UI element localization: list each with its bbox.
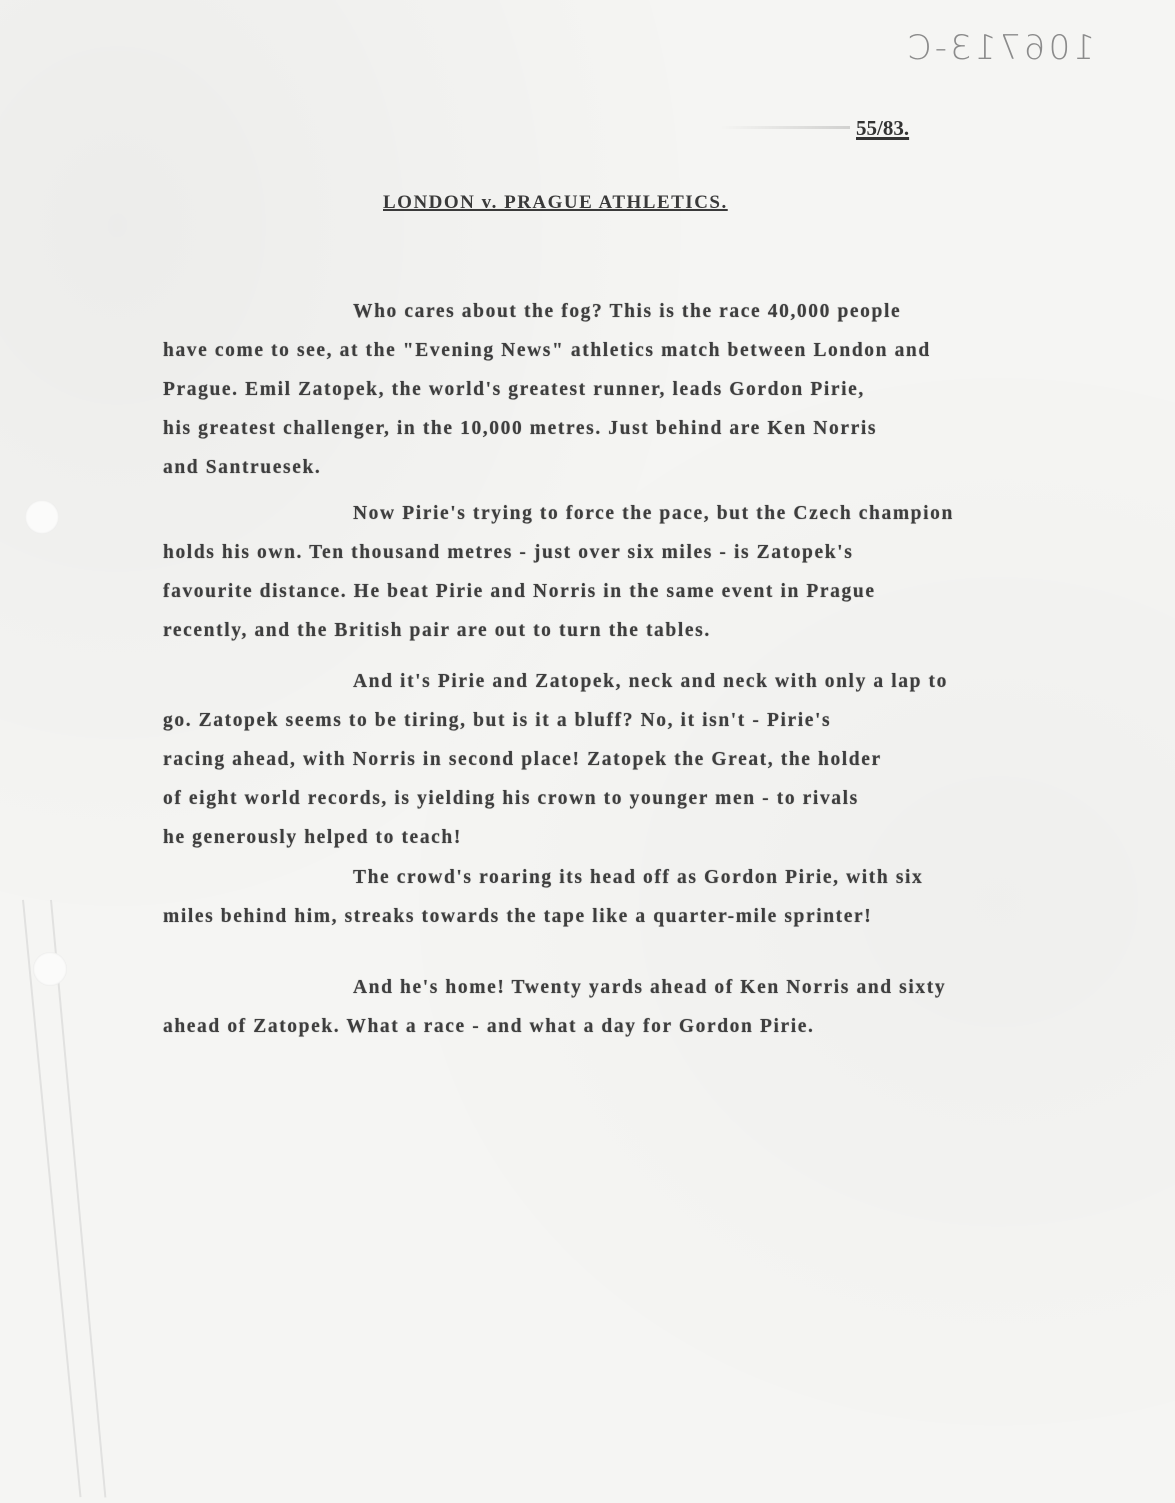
text-line: Now Pirie's trying to force the pace, bu… bbox=[163, 494, 1113, 533]
faint-rule bbox=[720, 126, 850, 129]
text-line: he generously helped to teach! bbox=[163, 818, 1113, 857]
text-line: have come to see, at the "Evening News" … bbox=[163, 331, 1113, 370]
page-edge-line bbox=[50, 900, 106, 1498]
text-line: racing ahead, with Norris in second plac… bbox=[163, 740, 1113, 779]
text-line: of eight world records, is yielding his … bbox=[163, 779, 1113, 818]
text-line: and Santruesek. bbox=[163, 448, 1113, 487]
document-title: LONDON v. PRAGUE ATHLETICS. bbox=[383, 192, 728, 214]
punch-hole bbox=[33, 952, 67, 986]
text-line: And he's home! Twenty yards ahead of Ken… bbox=[163, 968, 1113, 1007]
paragraph: The crowd's roaring its head off as Gord… bbox=[163, 858, 1113, 936]
text-line: miles behind him, streaks towards the ta… bbox=[163, 897, 1113, 936]
paragraph: Who cares about the fog? This is the rac… bbox=[163, 292, 1113, 487]
text-line: The crowd's roaring its head off as Gord… bbox=[163, 858, 1113, 897]
page-number: 55/83. bbox=[856, 116, 909, 141]
punch-hole bbox=[25, 500, 59, 534]
paragraph: Now Pirie's trying to force the pace, bu… bbox=[163, 494, 1113, 650]
text-line: his greatest challenger, in the 10,000 m… bbox=[163, 409, 1113, 448]
text-line: Who cares about the fog? This is the rac… bbox=[163, 292, 1113, 331]
paragraph: And it's Pirie and Zatopek, neck and nec… bbox=[163, 662, 1113, 857]
text-line: recently, and the British pair are out t… bbox=[163, 611, 1113, 650]
text-line: Prague. Emil Zatopek, the world's greate… bbox=[163, 370, 1113, 409]
text-line: ahead of Zatopek. What a race - and what… bbox=[163, 1007, 1113, 1046]
document-page: 106713-C 55/83. LONDON v. PRAGUE ATHLETI… bbox=[0, 0, 1175, 1503]
text-line: holds his own. Ten thousand metres - jus… bbox=[163, 533, 1113, 572]
text-line: go. Zatopek seems to be tiring, but is i… bbox=[163, 701, 1113, 740]
page-edge-line bbox=[22, 900, 81, 1497]
text-line: favourite distance. He beat Pirie and No… bbox=[163, 572, 1113, 611]
text-line: And it's Pirie and Zatopek, neck and nec… bbox=[163, 662, 1113, 701]
paragraph: And he's home! Twenty yards ahead of Ken… bbox=[163, 968, 1113, 1046]
handwritten-reference: 106713-C bbox=[905, 28, 1095, 68]
